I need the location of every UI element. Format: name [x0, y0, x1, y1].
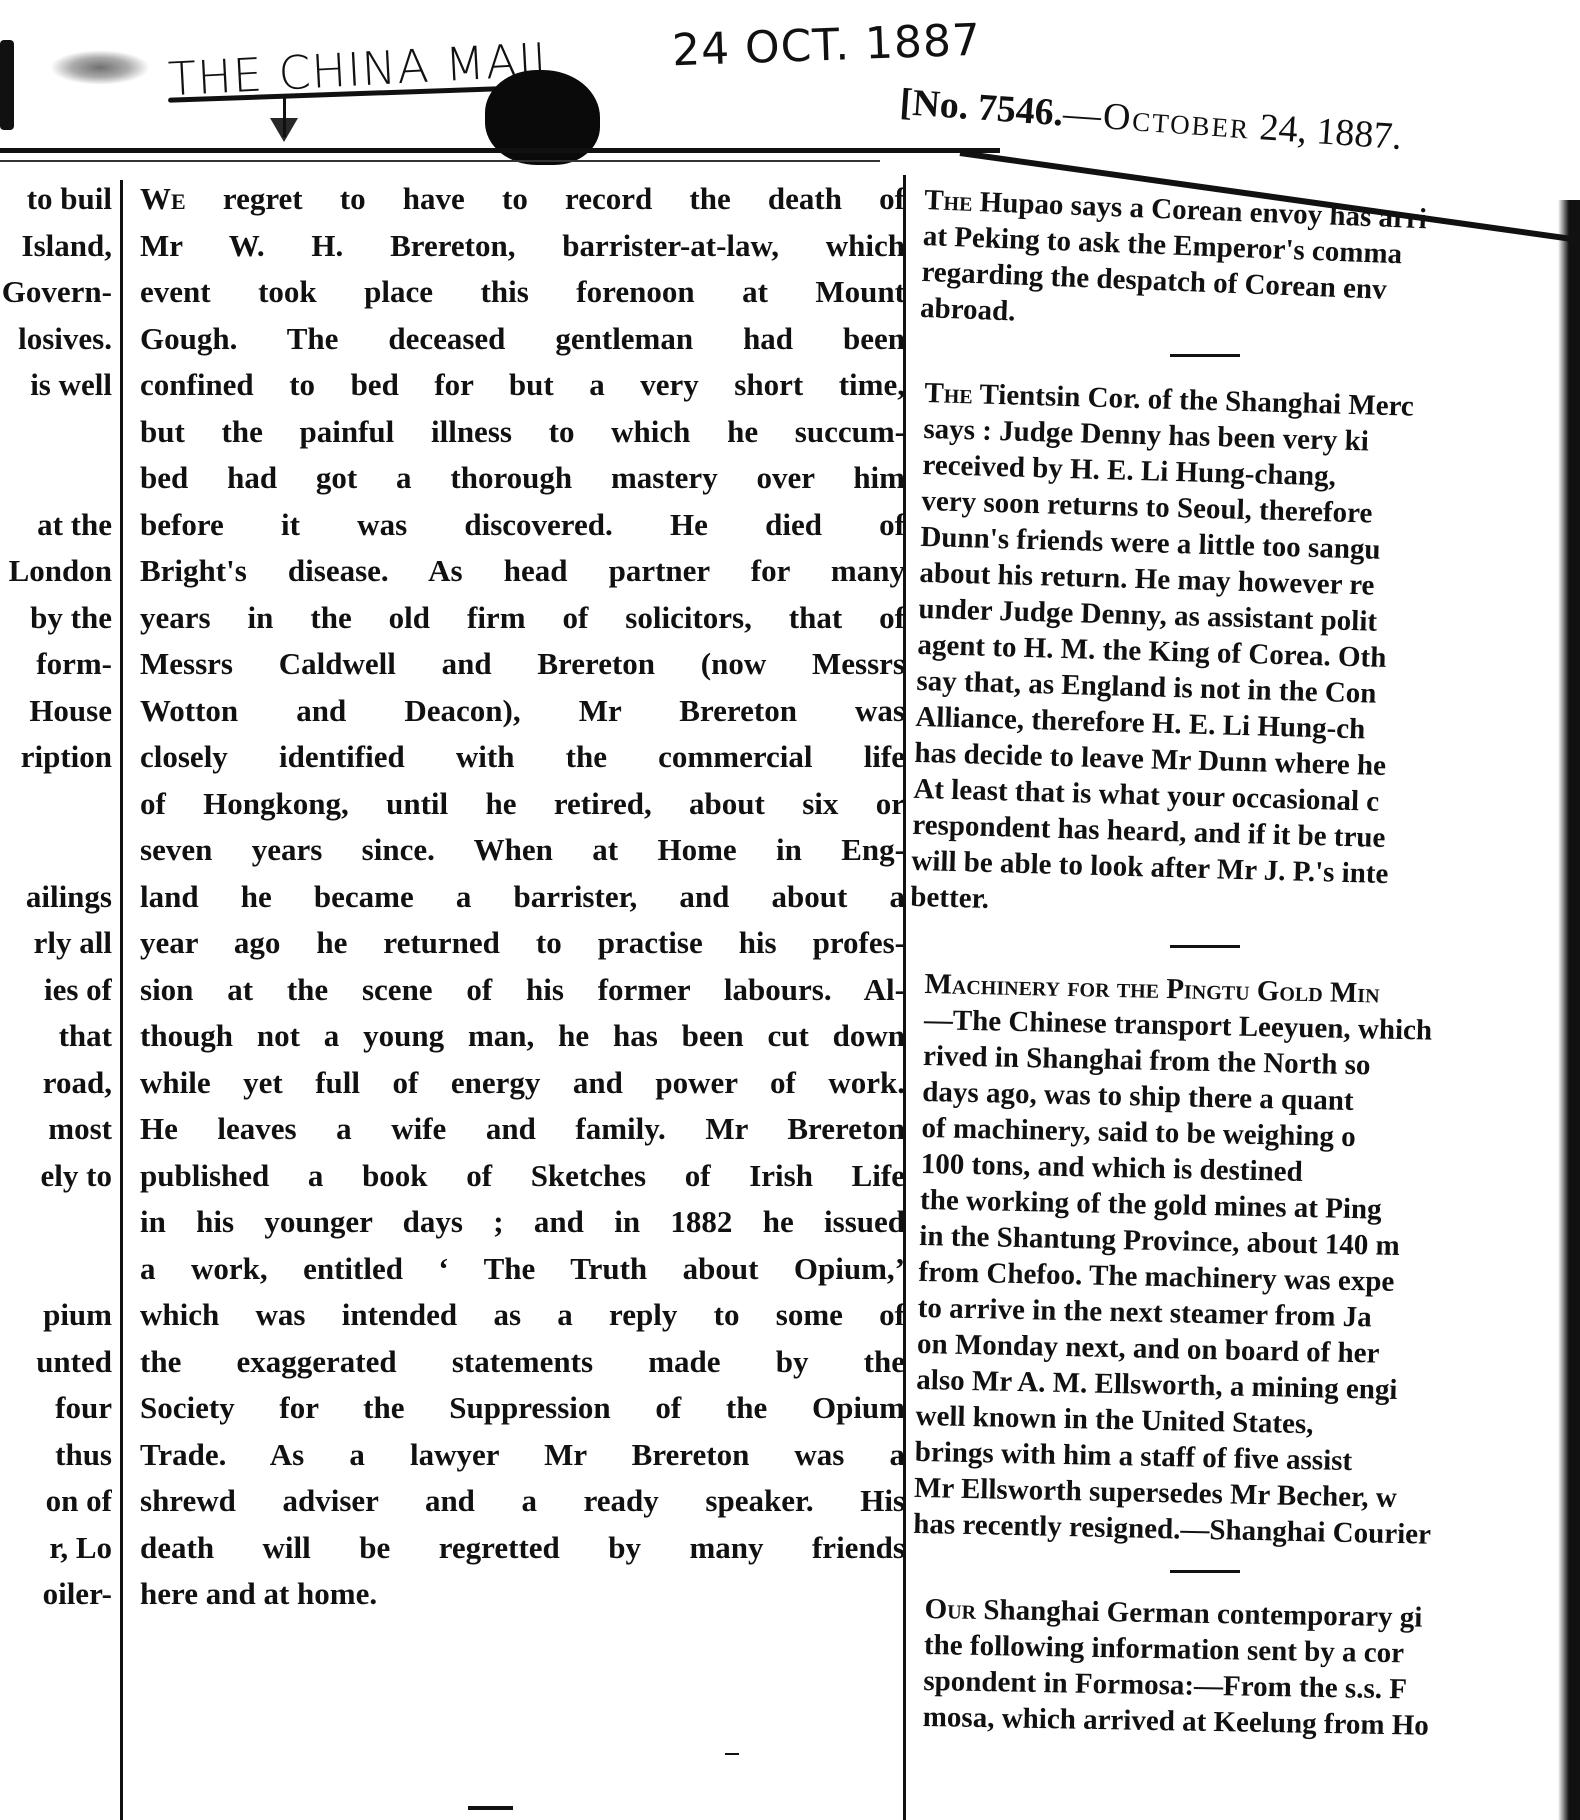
right-column-news: The Hupao says a Corean envoy has arri a…	[925, 182, 1565, 1763]
ink-smudge	[50, 50, 150, 85]
text-line: here and at home.	[140, 1571, 905, 1618]
text-line: of Hongkong, until he retired, about six…	[140, 781, 905, 828]
text-line: Bright's disease. As head partner for ma…	[140, 548, 905, 595]
text-line	[0, 1246, 112, 1293]
text-line: on of	[0, 1478, 112, 1525]
article-tientsin: The Tientsin Cor. of the Shanghai Merc s…	[910, 375, 1565, 933]
text-line: Messrs Caldwell and Brereton (now Messrs	[140, 641, 905, 688]
header-rule-thin	[0, 160, 880, 162]
article-hupao: The Hupao says a Corean envoy has arri a…	[919, 182, 1564, 350]
text-line: bed had got a thorough mastery over him	[140, 455, 905, 502]
text-line: ailings	[0, 874, 112, 921]
text-line: He leaves a wife and family. Mr Brereton	[140, 1106, 905, 1153]
left-column-fragment: to buil Island, Govern- losives. is well…	[0, 176, 112, 1618]
text-line: London	[0, 548, 112, 595]
text-line: is well	[0, 362, 112, 409]
text-line: Mr W. H. Brereton, barrister-at-law, whi…	[140, 223, 905, 270]
print-mark	[725, 1753, 739, 1755]
article-formosa: Our Shanghai German contemporary gi the …	[922, 1591, 1564, 1746]
text-line: before it was discovered. He died of	[140, 502, 905, 549]
text-line	[0, 781, 112, 828]
text-line: confined to bed for but a very short tim…	[140, 362, 905, 409]
text-line: losives.	[0, 316, 112, 363]
text-line: thus	[0, 1432, 112, 1479]
text-line: year ago he returned to practise his pro…	[140, 920, 905, 967]
text-line: unted	[0, 1339, 112, 1386]
text-line	[0, 827, 112, 874]
text-line: form-	[0, 641, 112, 688]
text-line: which was intended as a reply to some of	[140, 1292, 905, 1339]
text-line: seven years since. When at Home in Eng-	[140, 827, 905, 874]
section-divider	[468, 1806, 513, 1810]
text-line: but the painful illness to which he succ…	[140, 409, 905, 456]
text-line: Society for the Suppression of the Opium	[140, 1385, 905, 1432]
text-line: years in the old firm of solicitors, tha…	[140, 595, 905, 642]
text-line: We regret to have to record the death of	[140, 176, 905, 223]
text-line: a work, entitled ‘ The Truth about Opium…	[140, 1246, 905, 1293]
text-line: rly all	[0, 920, 112, 967]
text-line: oiler-	[0, 1571, 112, 1618]
header-rule	[0, 148, 1000, 153]
text-line: though not a young man, he has been cut …	[140, 1013, 905, 1060]
text-line	[0, 1199, 112, 1246]
text-line: to buil	[0, 176, 112, 223]
column-divider-left	[120, 180, 123, 1820]
text-line: event took place this forenoon at Mount	[140, 269, 905, 316]
article-pingtu-machinery: Machinery for the Pingtu Gold Min —The C…	[913, 966, 1565, 1555]
text-line	[0, 409, 112, 456]
text-line: ies of	[0, 967, 112, 1014]
text-line: pium	[0, 1292, 112, 1339]
newspaper-clipping: THE CHINA MAIL 24 OCT. 1887 [No. 7546.—O…	[0, 0, 1580, 1820]
article-divider	[1170, 945, 1240, 948]
text-line: Island,	[0, 223, 112, 270]
text-line: that	[0, 1013, 112, 1060]
text-line: ription	[0, 734, 112, 781]
issue-month: —October	[1062, 92, 1252, 147]
text-line: sion at the scene of his former labours.…	[140, 967, 905, 1014]
text-line: Gough. The deceased gentleman had been	[140, 316, 905, 363]
scan-edge-mark	[0, 40, 14, 130]
handwritten-date: 24 OCT. 1887	[671, 15, 982, 77]
text-line: while yet full of energy and power of wo…	[140, 1060, 905, 1107]
text-line: Govern-	[0, 269, 112, 316]
article-divider	[1170, 1570, 1240, 1573]
text-line: Trade. As a lawyer Mr Brereton was a	[140, 1432, 905, 1479]
text-line: in his younger days ; and in 1882 he iss…	[140, 1199, 905, 1246]
obituary-article: We regret to have to record the death of…	[140, 176, 905, 1618]
text-line: at the	[0, 502, 112, 549]
text-line: House	[0, 688, 112, 735]
article-divider	[1170, 354, 1240, 357]
text-line: most	[0, 1106, 112, 1153]
text-line: r, Lo	[0, 1525, 112, 1572]
text-line	[0, 455, 112, 502]
issue-day-year: 24, 1887.	[1258, 106, 1403, 158]
text-line: Wotton and Deacon), Mr Brereton was	[140, 688, 905, 735]
article-lead-word: We	[140, 181, 186, 216]
text-line: shrewd adviser and a ready speaker. His	[140, 1478, 905, 1525]
text-line: closely identified with the commercial l…	[140, 734, 905, 781]
arrow-down-icon	[270, 118, 298, 142]
text-line: by the	[0, 595, 112, 642]
text-line: four	[0, 1385, 112, 1432]
text-line: published a book of Sketches of Irish Li…	[140, 1153, 905, 1200]
text-line: land he became a barrister, and about a	[140, 874, 905, 921]
text-line: death will be regretted by many friends	[140, 1525, 905, 1572]
issue-number: [No. 7546.	[899, 81, 1065, 134]
text-line: the exaggerated statements made by the	[140, 1339, 905, 1386]
text-line: ely to	[0, 1153, 112, 1200]
text-line: road,	[0, 1060, 112, 1107]
